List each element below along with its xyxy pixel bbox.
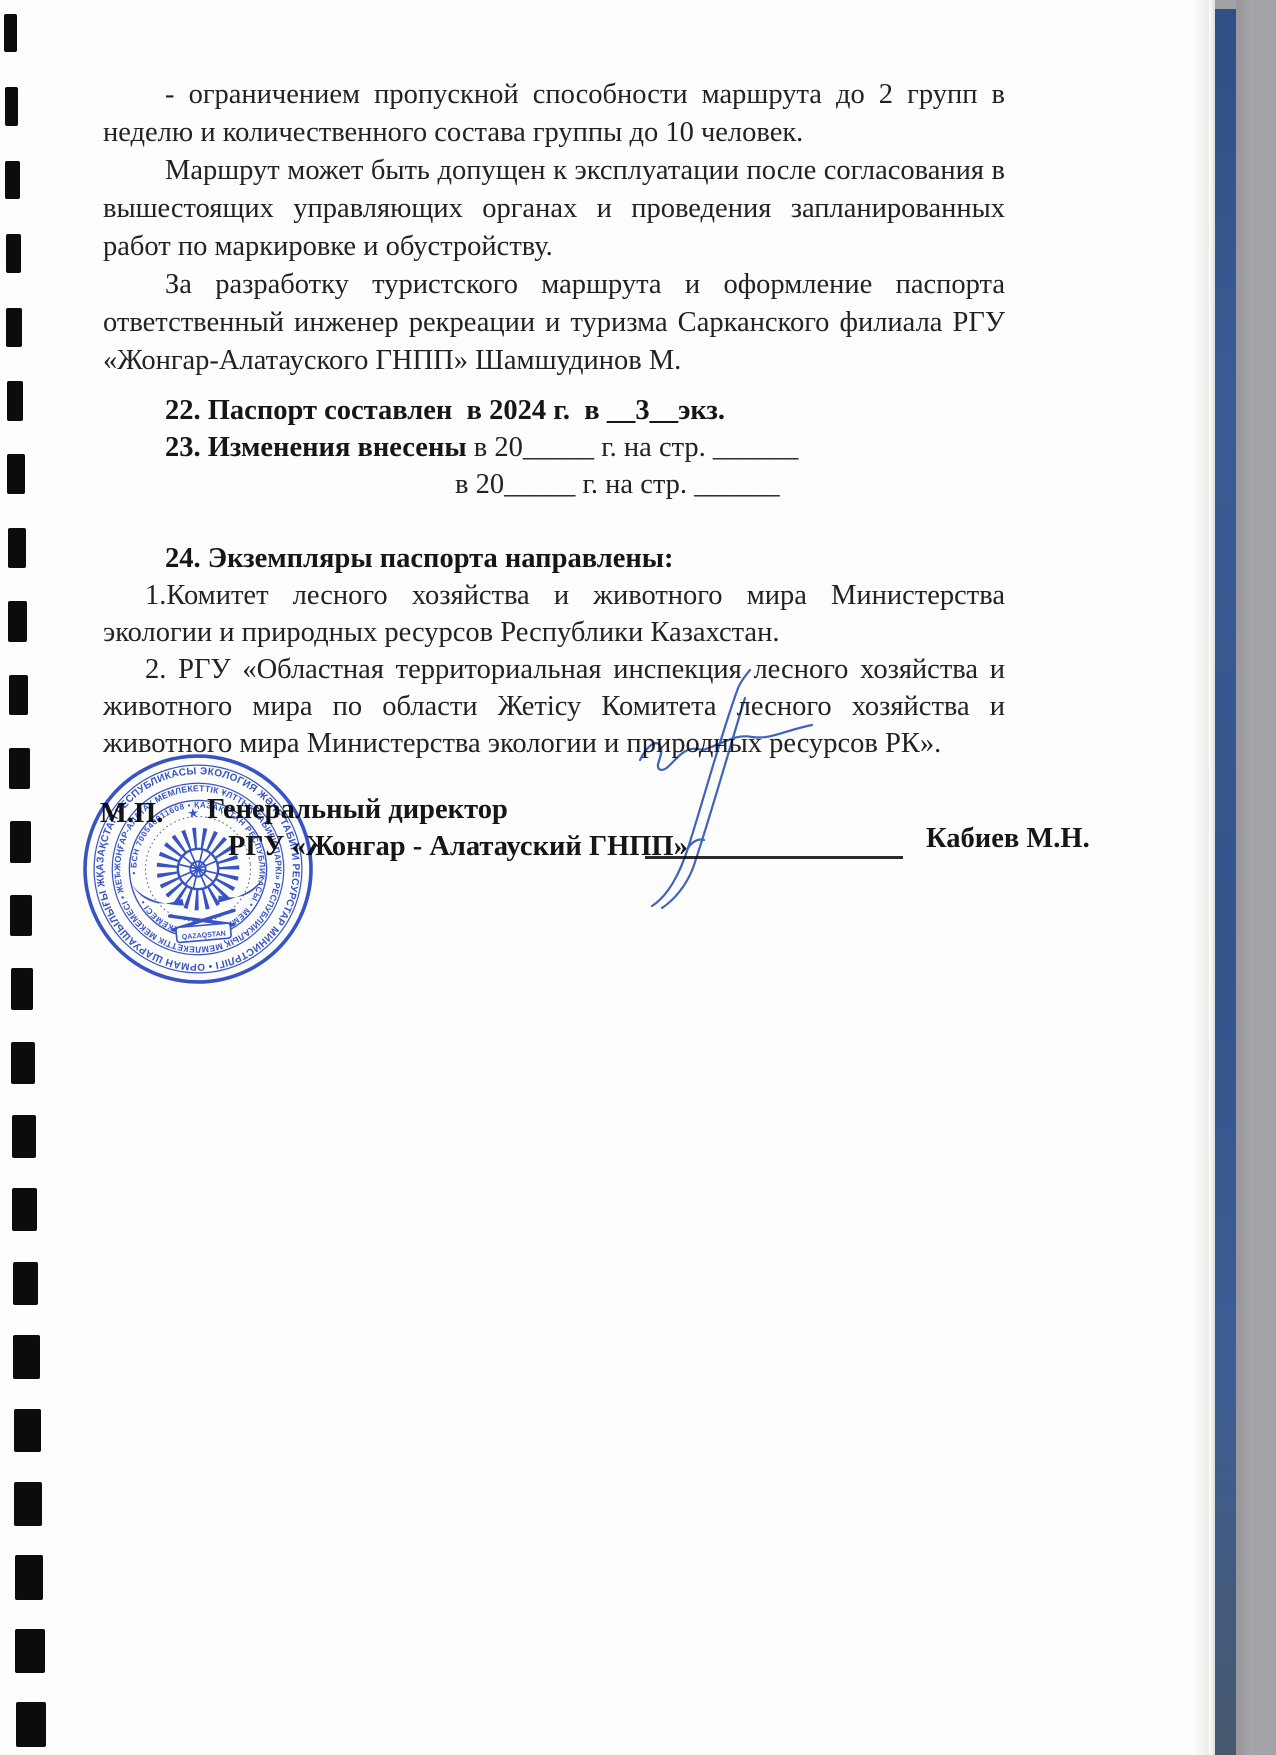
binding-hole	[12, 1188, 37, 1231]
binding-hole	[9, 675, 29, 716]
item-22: 22. Паспорт составлен в 2024 г. в __3__э…	[103, 392, 1005, 429]
binding-hole	[9, 748, 30, 789]
binding-hole	[13, 1335, 40, 1378]
binding-hole	[15, 1629, 45, 1674]
binding-hole	[14, 1409, 41, 1453]
svg-text:★: ★	[188, 807, 199, 820]
scan-background-edge	[1236, 0, 1276, 1755]
binding-hole	[6, 308, 22, 347]
binding-hole	[6, 234, 21, 273]
binding-hole	[8, 528, 26, 568]
scanned-document-page: { "document": { "paragraphs": [ "- огран…	[0, 0, 1276, 1755]
signer-name: Кабиев М.Н.	[926, 820, 1090, 858]
binding-hole	[7, 381, 24, 421]
signature-ink	[600, 666, 920, 924]
paragraph: - ограничением пропускной способности ма…	[103, 76, 1005, 152]
official-stamp: ҚАЗАҚСТАН РЕСПУБЛИКАСЫ ЭКОЛОГИЯ ЖӘНЕ ТАБ…	[72, 743, 323, 994]
binding-hole	[4, 14, 17, 52]
page-edge-shadow	[1193, 0, 1209, 1755]
items-22-23: 22. Паспорт составлен в 2024 г. в __3__э…	[103, 392, 1005, 503]
binding-hole	[8, 601, 27, 641]
item-23-label: 23. Изменения внесены	[165, 432, 467, 463]
binding-hole	[10, 821, 31, 862]
item-23-blank-fields: в 20_____ г. на стр. ______	[467, 432, 799, 463]
paragraph: За разработку туристского маршрута и офо…	[103, 266, 1005, 380]
binding-hole	[5, 161, 20, 200]
binding-hole	[10, 895, 32, 937]
page-edge-gap	[1209, 0, 1215, 1755]
binding-hole	[5, 87, 19, 125]
binding-hole	[11, 1042, 35, 1084]
document-spine-edge	[1215, 9, 1236, 1755]
binding-hole	[15, 1555, 44, 1599]
item-24-list-1: 1.Комитет лесного хозяйства и животного …	[103, 577, 1005, 651]
binding-hole	[14, 1482, 42, 1526]
binding-hole	[16, 1702, 46, 1747]
item-23-line2: в 20_____ г. на стр. ______	[103, 466, 1005, 503]
item-23: 23. Изменения внесены в 20_____ г. на ст…	[103, 429, 1005, 466]
scan-background-edge-top	[1215, 0, 1236, 9]
binding-hole	[7, 454, 25, 494]
binding-hole	[13, 1262, 39, 1305]
item-24-heading: 24. Экземпляры паспорта направлены:	[103, 540, 1005, 577]
binding-hole	[11, 968, 34, 1010]
binding-hole	[12, 1115, 36, 1158]
body-paragraphs: - ограничением пропускной способности ма…	[103, 76, 1005, 380]
paragraph: Маршрут может быть допущен к эксплуатаци…	[103, 152, 1005, 266]
